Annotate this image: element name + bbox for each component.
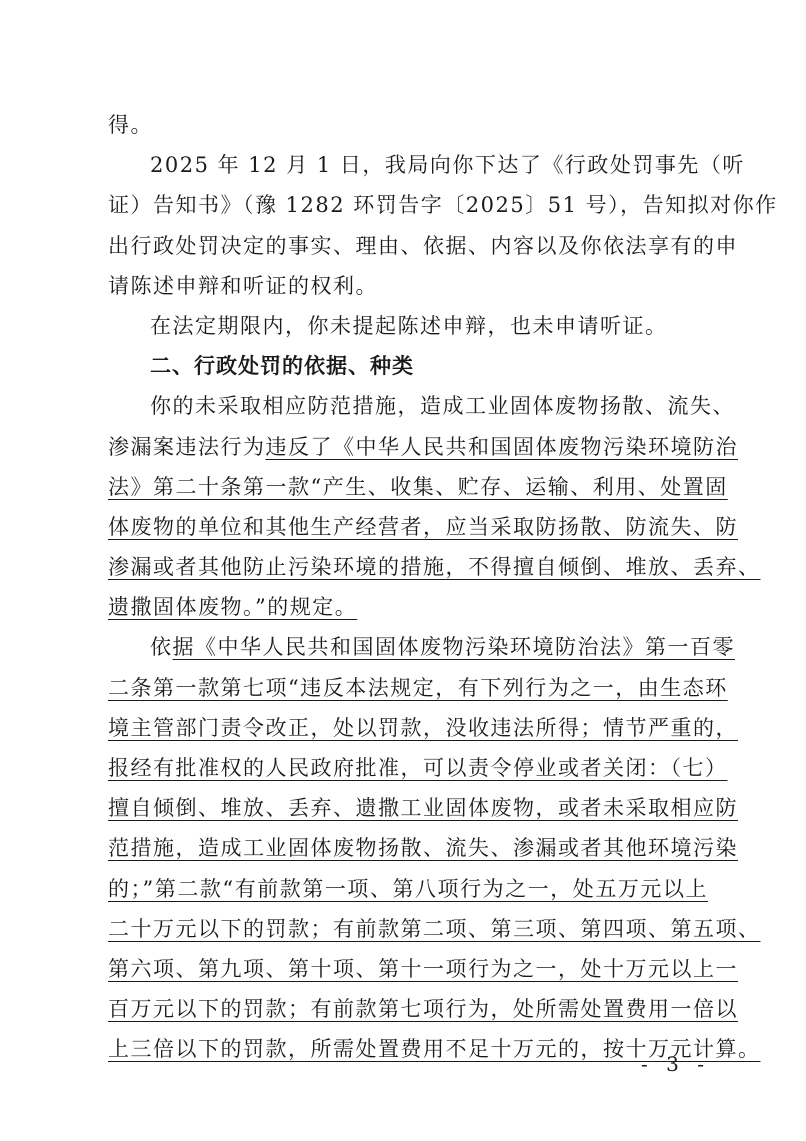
text-segment: 证）告知书》（豫 1282 环罚告字〔2025〕51 号），告知拟对你作 bbox=[108, 193, 778, 217]
text-line: 二十万元以下的罚款；有前款第二项、第三项、第四项、第五项、 bbox=[108, 909, 708, 949]
text-line: 境主管部门责令改正，处以罚款，没收违法所得；情节严重的， bbox=[108, 708, 708, 748]
section-heading: 二、行政处罚的依据、种类 bbox=[108, 346, 708, 386]
document-body: 得。2025 年 12 月 1 日，我局向你下达了《行政处罚事先（听证）告知书》… bbox=[108, 105, 708, 1070]
text-line: 范措施，造成工业固体废物扬散、流失、渗漏或者其他环境污染 bbox=[108, 828, 708, 868]
text-line: 第六项、第九项、第十项、第十一项行为之一，处十万元以上一 bbox=[108, 949, 708, 989]
text-line: 渗漏或者其他防止污染环境的措施，不得擅自倾倒、堆放、丢弃、 bbox=[108, 547, 708, 587]
text-line: 百万元以下的罚款；有前款第七项行为，处所需处置费用一倍以 bbox=[108, 989, 708, 1029]
text-segment: 二、行政处罚的依据、种类 bbox=[150, 354, 414, 378]
text-line: 体废物的单位和其他生产经营者，应当采取防扬散、防流失、防 bbox=[108, 507, 708, 547]
text-line: 出行政处罚决定的事实、理由、依据、内容以及你依法享有的申 bbox=[108, 226, 708, 266]
text-line: 你的未采取相应防范措施，造成工业固体废物扬散、流失、 bbox=[108, 386, 708, 426]
underlined-legal-citation: 体废物的单位和其他生产经营者，应当采取防扬散、防流失、防 bbox=[108, 515, 738, 539]
underlined-legal-citation: 违反了《中华人民共和国固体废物污染环境防治 bbox=[266, 435, 739, 459]
text-line: 二条第一款第七项“违反本法规定，有下列行为之一，由生态环 bbox=[108, 668, 708, 708]
text-segment: 2025 年 12 月 1 日，我局向你下达了《行政处罚事先（听 bbox=[150, 153, 745, 177]
text-segment: 在法定期限内，你未提起陈述申辩，也未申请听证。 bbox=[150, 314, 668, 338]
text-line: 报经有批准权的人民政府批准，可以责令停业或者关闭：（七） bbox=[108, 748, 708, 788]
text-segment: 你的未采取相应防范措施，造成工业固体废物扬散、流失、 bbox=[150, 394, 735, 418]
underlined-legal-citation: 境主管部门责令改正，处以罚款，没收违法所得；情节严重的， bbox=[108, 716, 738, 740]
underlined-legal-citation: 第六项、第九项、第十项、第十一项行为之一，处十万元以上一 bbox=[108, 957, 738, 981]
text-segment: 依 bbox=[150, 635, 173, 659]
text-line: 2025 年 12 月 1 日，我局向你下达了《行政处罚事先（听 bbox=[108, 145, 708, 185]
text-line: 法》第二十条第一款“产生、收集、贮存、运输、利用、处置固 bbox=[108, 467, 708, 507]
underlined-legal-citation: 擅自倾倒、堆放、丢弃、遗撒工业固体废物，或者未采取相应防 bbox=[108, 796, 738, 820]
underlined-legal-citation: 二条第一款第七项“违反本法规定，有下列行为之一，由生态环 bbox=[108, 676, 728, 700]
page-number: - 3 - bbox=[640, 1052, 710, 1076]
text-line: 的；”第二款“有前款第一项、第八项行为之一，处五万元以上 bbox=[108, 869, 708, 909]
text-line: 证）告知书》（豫 1282 环罚告字〔2025〕51 号），告知拟对你作 bbox=[108, 185, 708, 225]
text-line: 请陈述申辩和听证的权利。 bbox=[108, 266, 708, 306]
text-line: 得。 bbox=[108, 105, 708, 145]
text-line: 遗撒固体废物。”的规定。 bbox=[108, 587, 708, 627]
text-segment: 得。 bbox=[108, 113, 153, 137]
text-line: 在法定期限内，你未提起陈述申辩，也未申请听证。 bbox=[108, 306, 708, 346]
underlined-legal-citation: 渗漏或者其他防止污染环境的措施，不得擅自倾倒、堆放、丢弃、 bbox=[108, 555, 761, 579]
underlined-legal-citation: 法》第二十条第一款“产生、收集、贮存、运输、利用、处置固 bbox=[108, 475, 728, 499]
text-segment: 请陈述申辩和听证的权利。 bbox=[108, 274, 378, 298]
underlined-legal-citation: 百万元以下的罚款；有前款第七项行为，处所需处置费用一倍以 bbox=[108, 997, 738, 1021]
text-segment: 出行政处罚决定的事实、理由、依据、内容以及你依法享有的申 bbox=[108, 234, 738, 258]
text-line: 依据《中华人民共和国固体废物污染环境防治法》第一百零 bbox=[108, 627, 708, 667]
underlined-legal-citation: 报经有批准权的人民政府批准，可以责令停业或者关闭：（七） bbox=[108, 756, 728, 780]
underlined-legal-citation: 范措施，造成工业固体废物扬散、流失、渗漏或者其他环境污染 bbox=[108, 836, 738, 860]
text-segment: 渗漏案违法行为 bbox=[108, 435, 266, 459]
underlined-legal-citation: 的；”第二款“有前款第一项、第八项行为之一，处五万元以上 bbox=[108, 877, 708, 901]
underlined-legal-citation: 据《中华人民共和国固体废物污染环境防治法》第一百零 bbox=[173, 635, 736, 659]
underlined-legal-citation: 二十万元以下的罚款；有前款第二项、第三项、第四项、第五项、 bbox=[108, 917, 761, 941]
text-line: 渗漏案违法行为违反了《中华人民共和国固体废物污染环境防治 bbox=[108, 427, 708, 467]
underlined-legal-citation: 遗撒固体废物。”的规定。 bbox=[108, 595, 357, 619]
document-page: 得。2025 年 12 月 1 日，我局向你下达了《行政处罚事先（听证）告知书》… bbox=[0, 0, 806, 1141]
text-line: 上三倍以下的罚款，所需处置费用不足十万元的，按十万元计算。 bbox=[108, 1029, 708, 1069]
text-line: 擅自倾倒、堆放、丢弃、遗撒工业固体废物，或者未采取相应防 bbox=[108, 788, 708, 828]
